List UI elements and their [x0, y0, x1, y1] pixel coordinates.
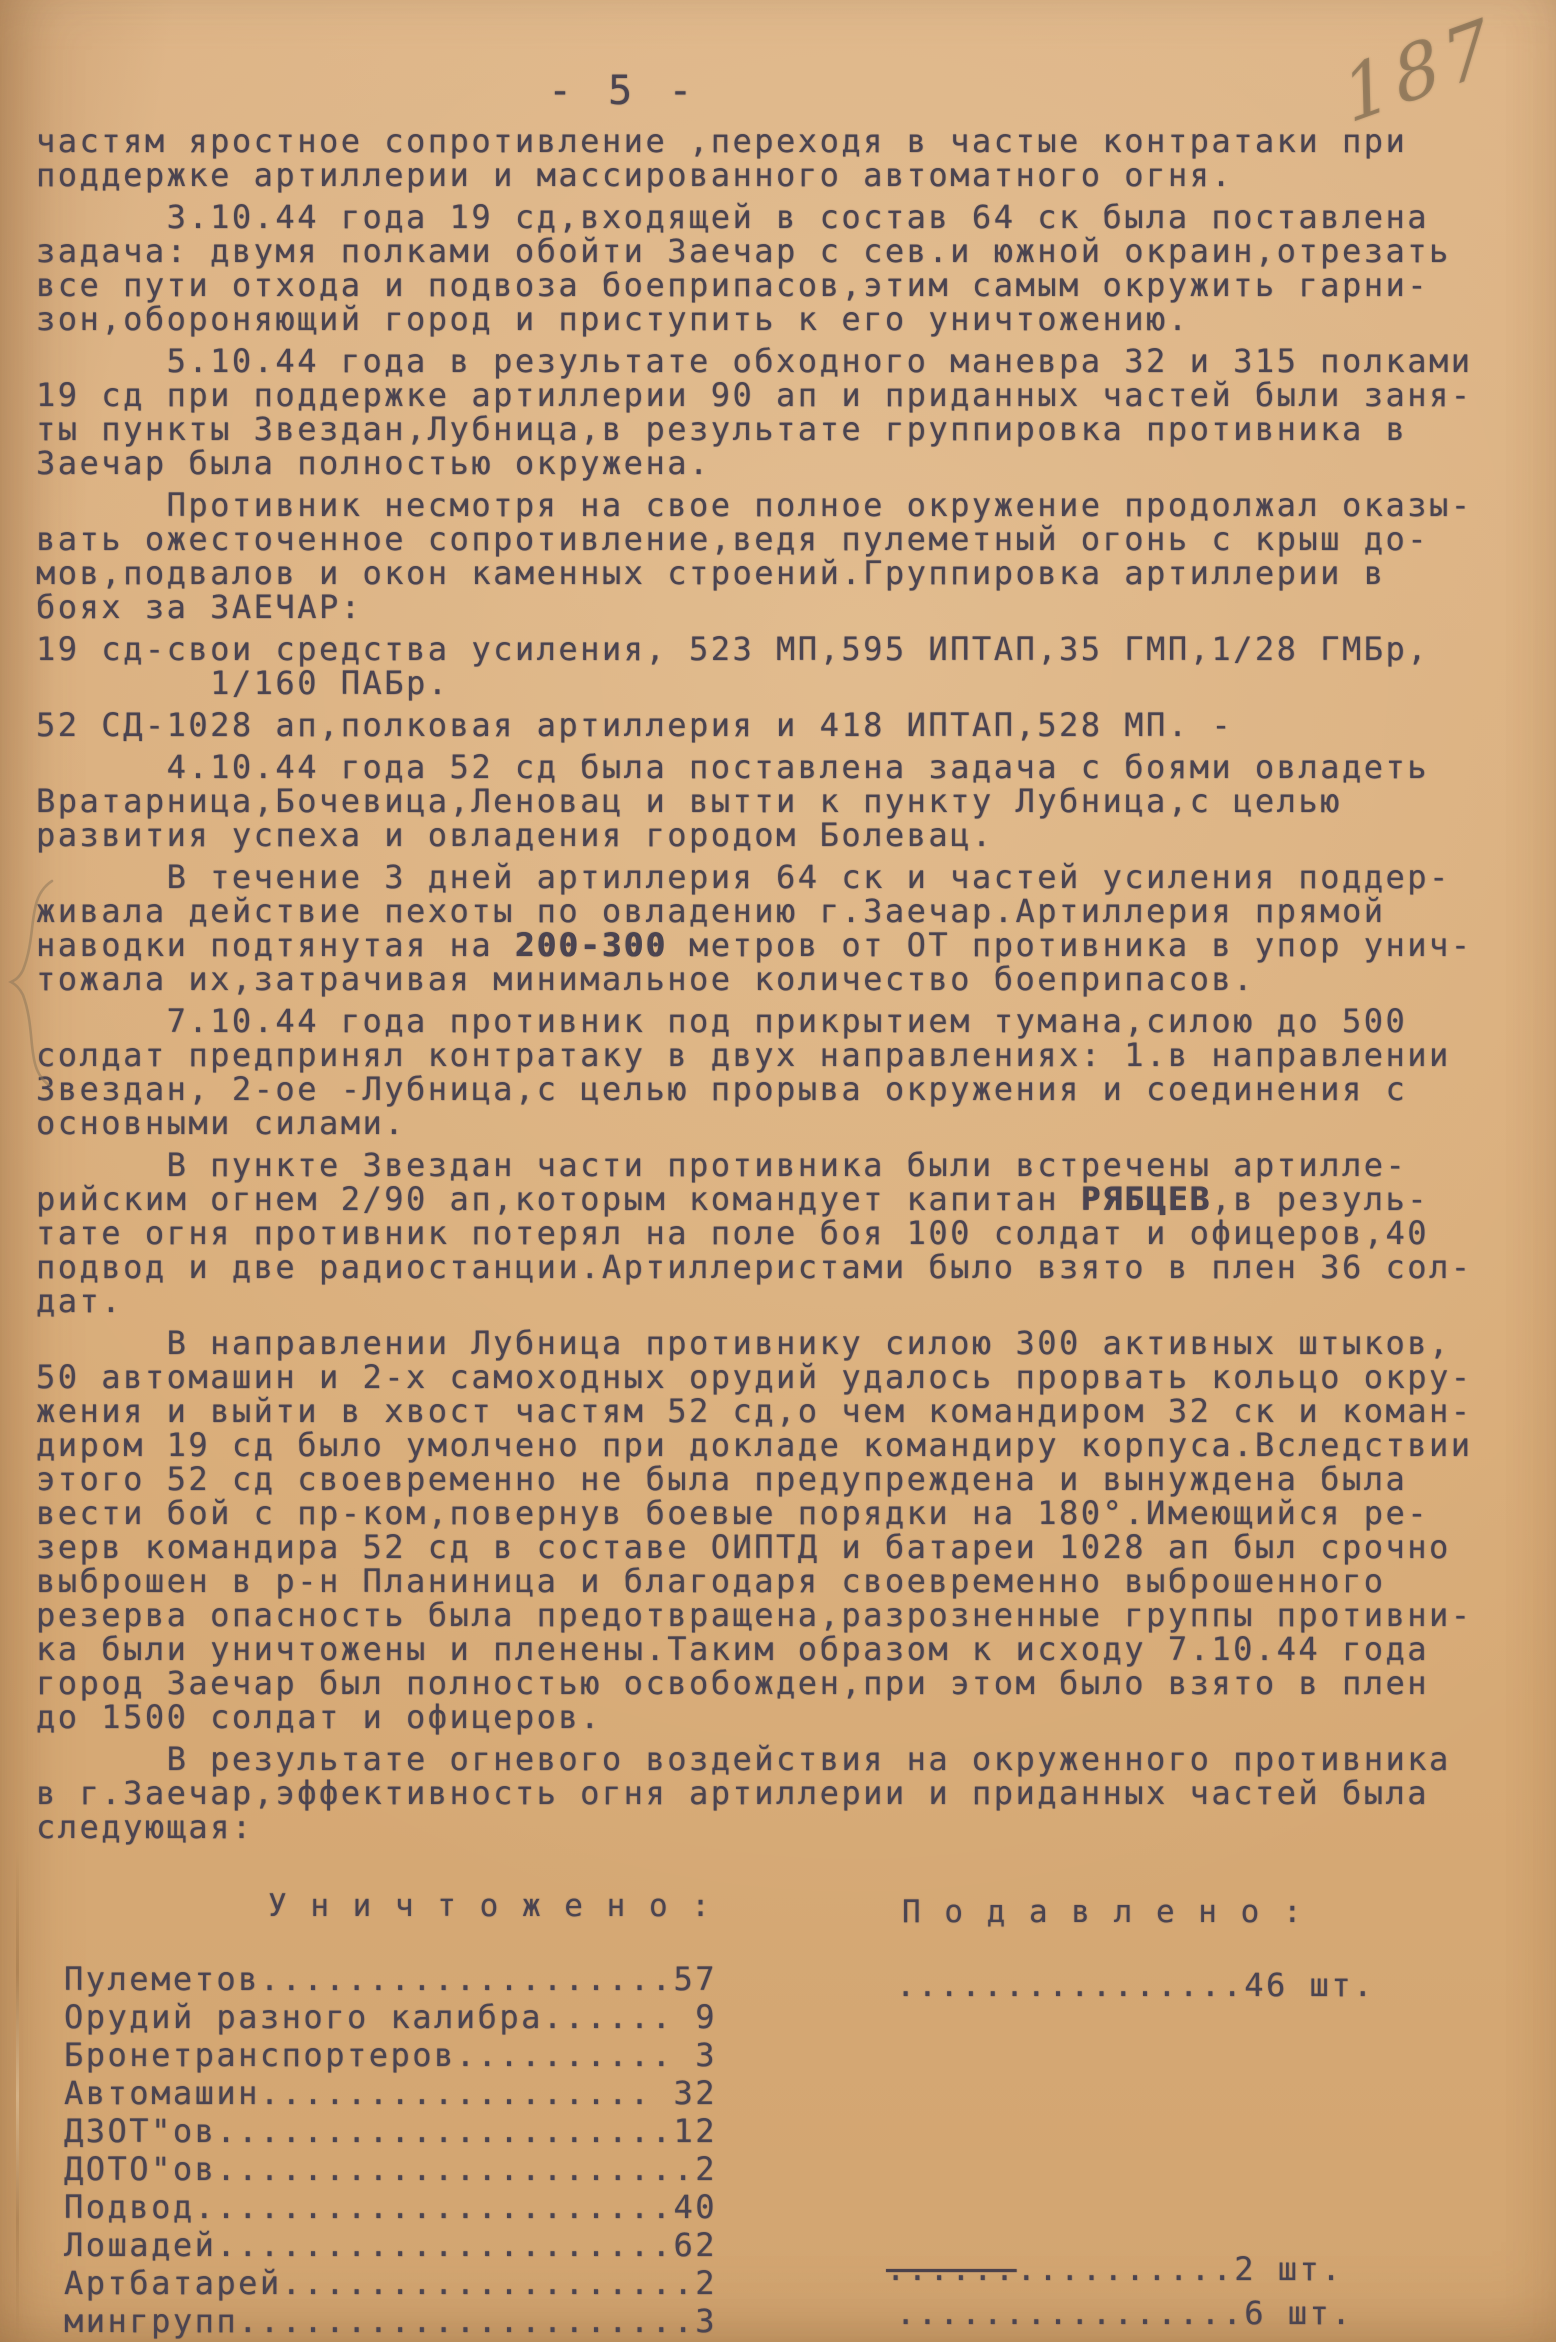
- suppressed-row: ................2 шт.: [886, 2250, 1343, 2288]
- destroyed-row: ДОТО"ов......................2: [64, 2150, 824, 2188]
- text-segment: ДЗОТ"ов.....................12: [64, 2112, 717, 2150]
- text-segment: Пулеметов...................57: [64, 1960, 717, 1998]
- destroyed-row: Орудий разного калибра...... 9: [64, 1998, 824, 2036]
- document-page: - 5 - 187 частям яростное сопротивление …: [0, 0, 1556, 2342]
- text-segment: ДОТО"ов......................2: [64, 2150, 717, 2188]
- text-segment: Лошадей.....................62: [64, 2226, 717, 2264]
- text-segment: ................6 шт.: [896, 2294, 1353, 2332]
- destroyed-row: Лошадей.....................62: [64, 2226, 824, 2264]
- destroyed-list: Пулеметов...................57Орудий раз…: [64, 1960, 824, 2340]
- text-segment: следующая:: [36, 1808, 254, 1846]
- text-segment: Бронетранспортеров.......... 3: [64, 2036, 717, 2074]
- page-number: - 5 -: [548, 68, 698, 114]
- suppressed-row: ................46 шт.: [896, 1966, 1375, 2004]
- margin-brace-icon: [6, 878, 62, 1088]
- text-segment: дат.: [36, 1282, 123, 1320]
- paper-crease: [16, 1850, 19, 2342]
- text-segment: Артбатарей...................2: [64, 2264, 717, 2302]
- destroyed-row: Бронетранспортеров.......... 3: [64, 2036, 824, 2074]
- text-segment: ..........2 шт.: [1017, 2250, 1343, 2288]
- destroyed-row: ДЗОТ"ов.....................12: [64, 2112, 824, 2150]
- destroyed-row: Пулеметов...................57: [64, 1960, 824, 1998]
- destroyed-row: Автомашин.................. 32: [64, 2074, 824, 2112]
- struck-text: ......: [886, 2250, 1017, 2288]
- text-segment: до 1500 солдат и офицеров.: [36, 1698, 602, 1736]
- text-segment: Автомашин.................. 32: [64, 2074, 717, 2112]
- text-segment: мингрупп.....................3: [64, 2302, 717, 2340]
- suppressed-list: ................46 шт.................2 …: [896, 0, 1456, 2342]
- text-segment: Орудий разного калибра...... 9: [64, 1998, 717, 2036]
- text-segment: боях за ЗАЕЧАР:: [36, 588, 362, 626]
- destroyed-column-header: У н и ч т о ж е н о :: [268, 1888, 712, 1924]
- text-segment: Подвод......................40: [64, 2188, 717, 2226]
- text-segment: ................46 шт.: [896, 1966, 1375, 2004]
- suppressed-row: ................6 шт.: [896, 2294, 1353, 2332]
- destroyed-row: мингрупп.....................3: [64, 2302, 824, 2340]
- text-segment: развития успеха и овладения городом Боле…: [36, 816, 994, 854]
- text-segment: наводки подтянутая на: [36, 926, 515, 964]
- destroyed-row: Подвод......................40: [64, 2188, 824, 2226]
- text-segment: основными силами.: [36, 1104, 406, 1142]
- text-segment: Заечар была полностью окружена.: [36, 444, 711, 482]
- destroyed-row: Артбатарей...................2: [64, 2264, 824, 2302]
- text-segment: 1/160 ПАБр.: [36, 664, 450, 702]
- emphasized-text: 200-300: [515, 926, 667, 964]
